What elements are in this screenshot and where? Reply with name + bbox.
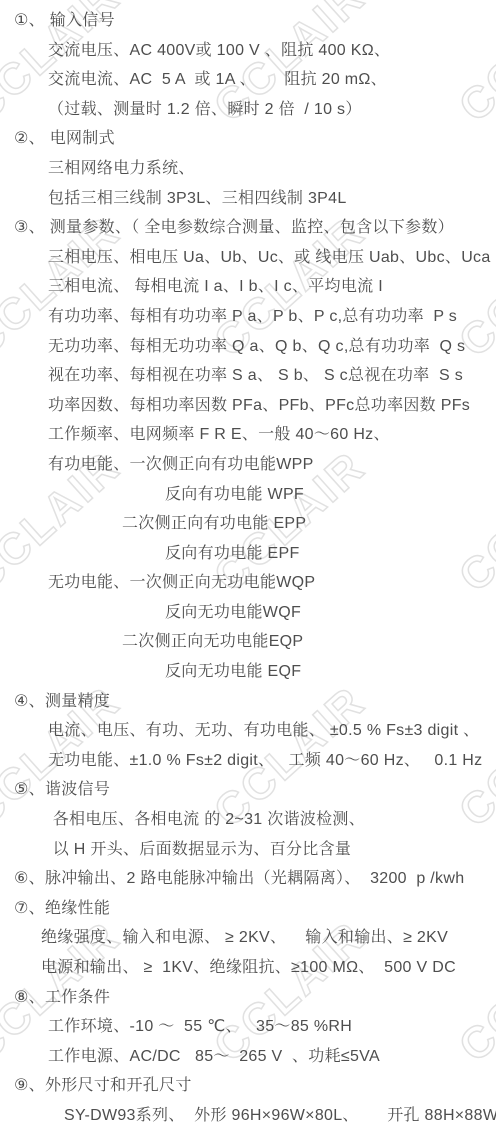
spec-line: 无功功率、每相无功功率 Q a、Q b、Q c,总有功功率 Q s [0, 332, 496, 362]
spec-line: 无功电能、±1.0 % Fs±2 digit、 工频 40～60 Hz、 0.1… [0, 746, 496, 776]
section-9-heading: ⑨、外形尺寸和开孔尺寸 [0, 1071, 496, 1101]
spec-line: 工作电源、AC/DC 85～ 265 V 、功耗≤5VA [0, 1042, 496, 1072]
spec-line: 以 H 开头、后面数据显示为、百分比含量 [0, 835, 496, 865]
spec-line: 电源和输出、 ≥ 1KV、绝缘阻抗、≥100 MΩ、 500 V DC [0, 953, 496, 983]
spec-document: CCLAIRCCLAIRCCLAIRCCLAIRCCLAIRCCLAIRCCLA… [0, 0, 496, 1133]
spec-line: 反向有功电能 WPF [0, 480, 496, 510]
spec-line: 反向无功电能 EQF [0, 657, 496, 687]
spec-line: 三相网络电力系统、 [0, 154, 496, 184]
spec-line: 三相电流、 每相电流 I a、I b、I c、平均电流 I [0, 272, 496, 302]
section-1-heading: ①、 输入信号 [0, 6, 496, 36]
section-2-heading: ②、 电网制式 [0, 124, 496, 154]
section-8-heading: ⑧、工作条件 [0, 983, 496, 1013]
spec-line: 无功电能、一次侧正向无功电能WQP [0, 568, 496, 598]
spec-line: 有功功率、每相有功功率 P a、P b、P c,总有功功率 P s [0, 302, 496, 332]
section-5-heading: ⑤、谐波信号 [0, 775, 496, 805]
spec-line: 交流电流、AC 5 A 或 1A 、 阻抗 20 mΩ、 [0, 65, 496, 95]
spec-line: 有功电能、一次侧正向有功电能WPP [0, 450, 496, 480]
spec-line: 反向无功电能WQF [0, 598, 496, 628]
spec-text: ①、 输入信号 交流电压、AC 400V或 100 V 、阻抗 400 KΩ、 … [0, 0, 496, 1131]
section-7-heading: ⑦、绝缘性能 [0, 894, 496, 924]
spec-line: SY-DW93系列、 外形 96H×96W×80L、 开孔 88H×88W [0, 1101, 496, 1131]
spec-line: 功率因数、每相功率因数 PFa、PFb、PFc总功率因数 PFs [0, 391, 496, 421]
section-6-heading: ⑥、脉冲输出、2 路电能脉冲输出（光耦隔离）、 3200 p /kwh [0, 864, 496, 894]
spec-line: 交流电压、AC 400V或 100 V 、阻抗 400 KΩ、 [0, 36, 496, 66]
section-4-heading: ④、测量精度 [0, 687, 496, 717]
spec-line: 视在功率、每相视在功率 S a、 S b、 S c总视在功率 S s [0, 361, 496, 391]
spec-line: 电流、电压、有功、无功、有功电能、 ±0.5 % Fs±3 digit 、 [0, 716, 496, 746]
spec-line: （过载、测量时 1.2 倍、瞬时 2 倍 / 10 s） [0, 95, 496, 125]
spec-line: 三相电压、相电压 Ua、Ub、Uc、或 线电压 Uab、Ubc、Uca [0, 243, 496, 273]
spec-line: 反向有功电能 EPF [0, 539, 496, 569]
spec-line: 二次侧正向无功电能EQP [0, 627, 496, 657]
section-3-heading: ③、 测量参数、（ 全电参数综合测量、监控、包含以下参数） [0, 213, 496, 243]
spec-line: 二次侧正向有功电能 EPP [0, 509, 496, 539]
spec-line: 工作频率、电网频率 F R E、一般 40～60 Hz、 [0, 420, 496, 450]
spec-line: 绝缘强度、输入和电源、 ≥ 2KV、 输入和输出、≥ 2KV [0, 923, 496, 953]
spec-line: 工作环境、-10 ～ 55 ℃、 35～85 %RH [0, 1012, 496, 1042]
spec-line: 各相电压、各相电流 的 2~31 次谐波检测、 [0, 805, 496, 835]
spec-line: 包括三相三线制 3P3L、三相四线制 3P4L [0, 184, 496, 214]
